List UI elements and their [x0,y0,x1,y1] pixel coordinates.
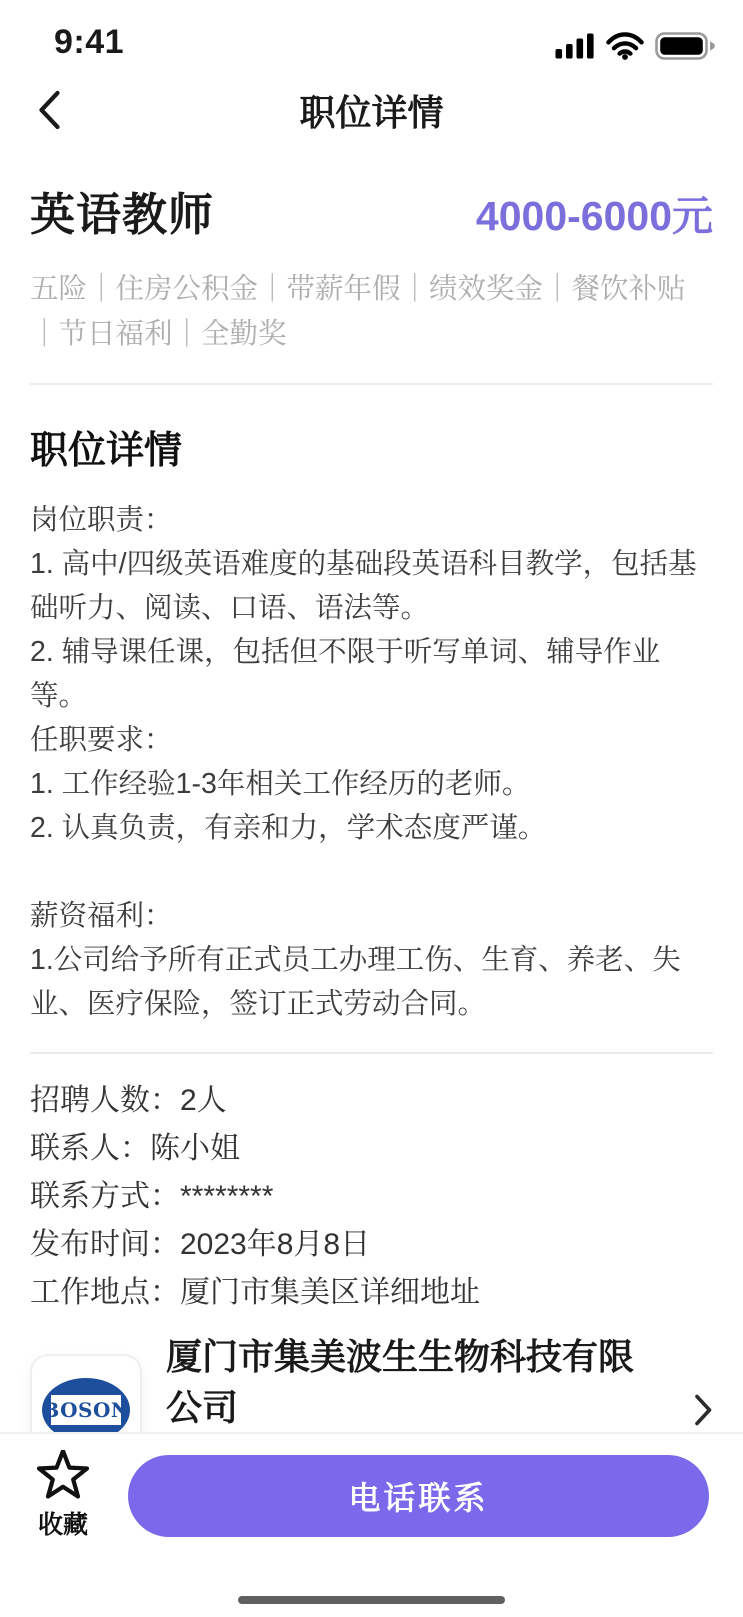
company-logo-text: BOSON [42,1398,129,1422]
job-description-text: 岗位职责： 1. 高中/四级英语难度的基础段英语科目教学，包括基础听力、阅读、口… [30,498,713,1026]
job-description-section: 职位详情 岗位职责： 1. 高中/四级英语难度的基础段英语科目教学，包括基础听力… [30,419,713,1026]
company-card[interactable]: BOSON 厦门市集美波生生物科技有限公司 其他行业｜厦门·集美区 [30,1329,713,1432]
info-row-work-location: 工作地点：厦门市集美区详细地址 [30,1276,713,1309]
chevron-right-icon [693,1393,713,1427]
bottom-action-bar: 收藏 电话联系 [0,1432,743,1617]
info-row-headcount: 招聘人数：2人 [30,1084,713,1117]
star-icon [37,1450,89,1500]
section-title-job-detail: 职位详情 [30,419,713,474]
favorite-button[interactable]: 收藏 [34,1450,92,1541]
call-button[interactable]: 电话联系 [128,1455,709,1537]
divider [30,1052,713,1054]
company-texts: 厦门市集美波生生物科技有限公司 其他行业｜厦门·集美区 [166,1329,663,1432]
home-indicator[interactable] [238,1596,505,1604]
wifi-icon [606,32,644,60]
status-bar: 9:41 [0,0,743,64]
status-icons [555,32,717,62]
job-detail-content: 英语教师 4000-6000元 五险｜住房公积金｜带薪年假｜绩效奖金｜餐饮补贴｜… [0,156,743,1432]
back-button[interactable] [30,83,68,137]
status-time: 9:41 [54,23,124,62]
job-detail-page: { "status_bar": { "time": "9:41", "icons… [0,0,743,1617]
info-row-publish-date: 发布时间：2023年8月8日 [30,1228,713,1261]
favorite-label: 收藏 [38,1505,88,1541]
job-benefit-tags: 五险｜住房公积金｜带薪年假｜绩效奖金｜餐饮补贴｜节日福利｜全勤奖 [30,267,713,357]
job-salary: 4000-6000元 [476,183,713,242]
info-row-contact-person: 联系人：陈小姐 [30,1132,713,1165]
job-info-section: 招聘人数：2人 联系人：陈小姐 联系方式：******** 发布时间：2023年… [30,1084,713,1309]
cellular-signal-icon [555,32,595,60]
job-title: 英语教师 [30,178,214,243]
job-header: 英语教师 4000-6000元 五险｜住房公积金｜带薪年假｜绩效奖金｜餐饮补贴｜… [30,178,713,357]
page-title: 职位详情 [299,85,443,136]
divider [30,383,713,385]
battery-icon [655,32,717,60]
nav-bar: 职位详情 [0,64,743,156]
back-chevron-icon [36,89,62,131]
company-logo: BOSON [30,1354,142,1433]
company-name: 厦门市集美波生生物科技有限公司 [166,1329,663,1431]
info-row-contact-method: 联系方式：******** [30,1180,713,1213]
